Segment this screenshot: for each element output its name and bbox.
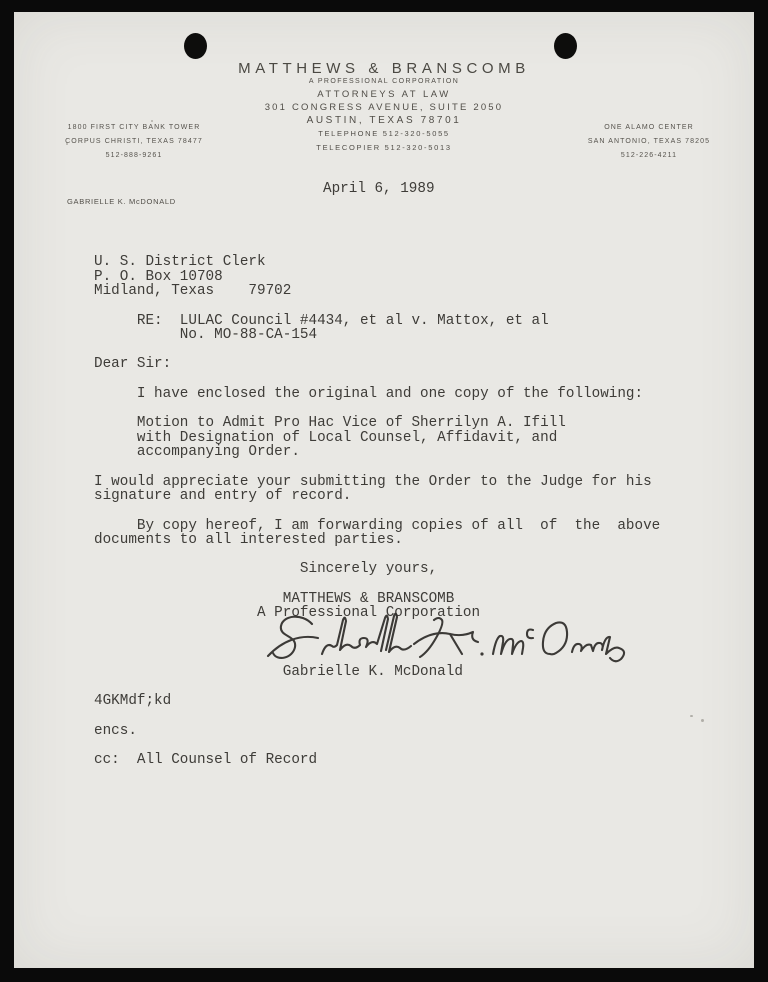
letter-line: cc: All Counsel of Record	[94, 753, 660, 768]
office-address-line: 512-888-9261	[34, 149, 234, 163]
letter-line	[94, 343, 660, 358]
letter-line: Sincerely yours,	[94, 562, 660, 577]
letter-line: Dear Sir:	[94, 357, 660, 372]
letter-line	[94, 401, 660, 416]
letterhead-corp-type: A PROFESSIONAL CORPORATION	[14, 78, 754, 85]
hole-punch-icon	[554, 33, 577, 59]
letter-line: No. MO-88-CA-154	[94, 328, 660, 343]
san-antonio-office-block: ONE ALAMO CENTERSAN ANTONIO, TEXAS 78205…	[559, 121, 739, 163]
letter-line: documents to all interested parties.	[94, 533, 660, 548]
letter-line: signature and entry of record.	[94, 489, 660, 504]
letter-line: Motion to Admit Pro Hac Vice of Sherrily…	[94, 416, 660, 431]
letter-line: P. O. Box 10708	[94, 270, 660, 285]
letter-line	[94, 548, 660, 563]
office-address-line: SAN ANTONIO, TEXAS 78205	[559, 135, 739, 149]
letter-line: I would appreciate your submitting the O…	[94, 475, 660, 490]
letter-date: April 6, 1989	[323, 181, 435, 197]
office-address-line: 1800 FIRST CITY BANK TOWER	[34, 121, 234, 135]
hole-punch-icon	[184, 33, 207, 59]
office-address-line: ONE ALAMO CENTER	[559, 121, 739, 135]
letterhead-address: 301 CONGRESS AVENUE, SUITE 2050	[14, 102, 754, 113]
letter-line: accompanying Order.	[94, 445, 660, 460]
scanned-letter-page: MATTHEWS & BRANSCOMB A PROFESSIONAL CORP…	[14, 12, 754, 968]
letter-line	[94, 738, 660, 753]
letter-line	[94, 372, 660, 387]
letterhead-firm-name: MATTHEWS & BRANSCOMB	[14, 60, 754, 77]
letter-line: U. S. District Clerk	[94, 255, 660, 270]
attorney-name-label: GABRIELLE K. McDONALD	[67, 197, 176, 206]
letter-line: RE: LULAC Council #4434, et al v. Mattox…	[94, 314, 660, 329]
office-address-line: 512-226-4211	[559, 149, 739, 163]
letter-line: Midland, Texas 79702	[94, 284, 660, 299]
letter-line: MATTHEWS & BRANSCOMB	[94, 592, 660, 607]
scan-speck	[66, 143, 68, 145]
letterhead-tagline: ATTORNEYS AT LAW	[14, 89, 754, 100]
letter-line: with Designation of Local Counsel, Affid…	[94, 431, 660, 446]
letter-line	[94, 709, 660, 724]
letter-line	[94, 577, 660, 592]
office-address-line: CORPUS CHRISTI, TEXAS 78477	[34, 135, 234, 149]
scan-speck	[151, 120, 153, 122]
letter-line: By copy hereof, I am forwarding copies o…	[94, 519, 660, 534]
scan-speck	[690, 715, 693, 717]
letter-line: encs.	[94, 724, 660, 739]
letter-line	[94, 460, 660, 475]
signature	[266, 610, 646, 672]
scan-speck	[701, 719, 704, 722]
letter-body: U. S. District ClerkP. O. Box 10708Midla…	[94, 255, 660, 767]
letter-line	[94, 680, 660, 695]
letter-line: I have enclosed the original and one cop…	[94, 387, 660, 402]
corpus-christi-office-block: 1800 FIRST CITY BANK TOWERCORPUS CHRISTI…	[34, 121, 234, 163]
letter-line: 4GKMdf;kd	[94, 694, 660, 709]
letter-line	[94, 299, 660, 314]
letter-line	[94, 504, 660, 519]
